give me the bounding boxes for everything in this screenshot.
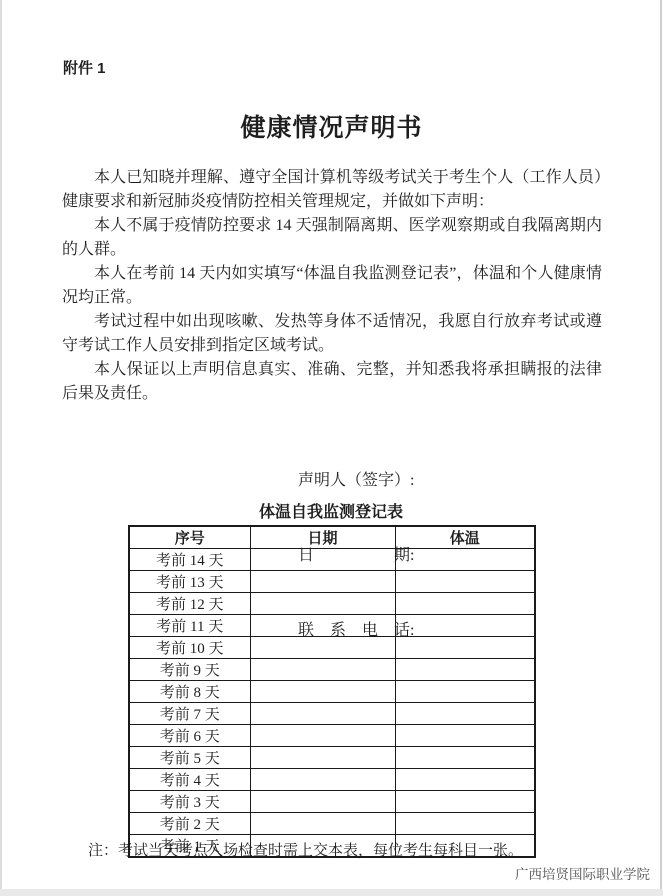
row-label-cell: 考前 8 天 bbox=[129, 681, 250, 703]
row-label-cell: 考前 7 天 bbox=[129, 703, 250, 725]
temperature-monitoring-table: 序号 日期 体温 考前 14 天 考前 13 天 考前 12 天 考前 11 天… bbox=[128, 525, 536, 858]
temperature-cell bbox=[395, 791, 535, 813]
table-row: 考前 13 天 bbox=[129, 571, 535, 593]
attachment-label: 附件 1 bbox=[63, 57, 106, 78]
declaration-body: 本人已知晓并理解、遵守全国计算机等级考试关于考生个人（工作人员）健康要求和新冠肺… bbox=[62, 166, 602, 406]
table-row: 考前 12 天 bbox=[129, 593, 535, 615]
table-title: 体温自我监测登记表 bbox=[128, 499, 534, 522]
declaration-paragraph: 本人不属于疫情防控要求 14 天强制隔离期、医学观察期或自我隔离期内的人群。 bbox=[62, 214, 602, 262]
row-label-cell: 考前 12 天 bbox=[129, 593, 250, 615]
temperature-cell bbox=[395, 747, 535, 769]
temperature-cell bbox=[395, 615, 535, 637]
date-cell bbox=[250, 703, 395, 725]
date-cell bbox=[250, 593, 395, 615]
date-cell bbox=[250, 681, 395, 703]
column-header-date: 日期 bbox=[250, 526, 395, 549]
declaration-paragraph: 本人在考前 14 天内如实填写“体温自我监测登记表”，体温和个人健康情况均正常。 bbox=[62, 262, 602, 310]
row-label-cell: 考前 3 天 bbox=[129, 791, 250, 813]
row-label-cell: 考前 6 天 bbox=[129, 725, 250, 747]
note-text: 注：考试当天考点入场检查时需上交本表，每位考生每科目一张。 bbox=[88, 839, 523, 860]
declaration-paragraph: 本人已知晓并理解、遵守全国计算机等级考试关于考生个人（工作人员）健康要求和新冠肺… bbox=[62, 166, 602, 214]
date-cell bbox=[250, 615, 395, 637]
table-row: 考前 10 天 bbox=[129, 637, 535, 659]
temperature-cell bbox=[395, 659, 535, 681]
table-row: 考前 11 天 bbox=[129, 615, 535, 637]
date-cell bbox=[250, 571, 395, 593]
document-page: 附件 1 健康情况声明书 本人已知晓并理解、遵守全国计算机等级考试关于考生个人（… bbox=[0, 0, 663, 896]
row-label-cell: 考前 13 天 bbox=[129, 571, 250, 593]
row-label-cell: 考前 5 天 bbox=[129, 747, 250, 769]
table-header-row: 序号 日期 体温 bbox=[129, 526, 535, 549]
date-cell bbox=[250, 813, 395, 835]
temperature-cell bbox=[395, 637, 535, 659]
document-title: 健康情况声明书 bbox=[0, 108, 663, 144]
table-row: 考前 5 天 bbox=[129, 747, 535, 769]
table-row: 考前 2 天 bbox=[129, 813, 535, 835]
row-label-cell: 考前 9 天 bbox=[129, 659, 250, 681]
row-label-cell: 考前 4 天 bbox=[129, 769, 250, 791]
date-cell bbox=[250, 747, 395, 769]
date-cell bbox=[250, 659, 395, 681]
row-label-cell: 考前 2 天 bbox=[129, 813, 250, 835]
school-footer: 广西培贤国际职业学院 bbox=[515, 863, 650, 883]
table-row: 考前 9 天 bbox=[129, 659, 535, 681]
temperature-cell bbox=[395, 769, 535, 791]
table-row: 考前 7 天 bbox=[129, 703, 535, 725]
temperature-cell bbox=[395, 813, 535, 835]
temperature-cell bbox=[395, 549, 535, 571]
date-cell bbox=[250, 769, 395, 791]
signer-signature-line: 声明人（签字）: bbox=[298, 468, 414, 493]
row-label-cell: 考前 11 天 bbox=[129, 615, 250, 637]
column-header-index: 序号 bbox=[129, 526, 250, 549]
table-row: 考前 6 天 bbox=[129, 725, 535, 747]
page-bottom-edge bbox=[0, 889, 663, 896]
row-label-cell: 考前 10 天 bbox=[129, 637, 250, 659]
date-cell bbox=[250, 549, 395, 571]
date-cell bbox=[250, 791, 395, 813]
table-row: 考前 3 天 bbox=[129, 791, 535, 813]
temperature-cell bbox=[395, 681, 535, 703]
temperature-cell bbox=[395, 593, 535, 615]
table-row: 考前 4 天 bbox=[129, 769, 535, 791]
date-cell bbox=[250, 637, 395, 659]
temperature-cell bbox=[395, 725, 535, 747]
row-label-cell: 考前 14 天 bbox=[129, 549, 250, 571]
temperature-cell bbox=[395, 571, 535, 593]
declaration-paragraph: 考试过程中如出现咳嗽、发热等身体不适情况，我愿自行放弃考试或遵守考试工作人员安排… bbox=[62, 310, 602, 358]
table-row: 考前 14 天 bbox=[129, 549, 535, 571]
column-header-temperature: 体温 bbox=[395, 526, 535, 549]
date-cell bbox=[250, 725, 395, 747]
table-row: 考前 8 天 bbox=[129, 681, 535, 703]
declaration-paragraph: 本人保证以上声明信息真实、准确、完整，并知悉我将承担瞒报的法律后果及责任。 bbox=[62, 358, 602, 406]
temperature-cell bbox=[395, 703, 535, 725]
